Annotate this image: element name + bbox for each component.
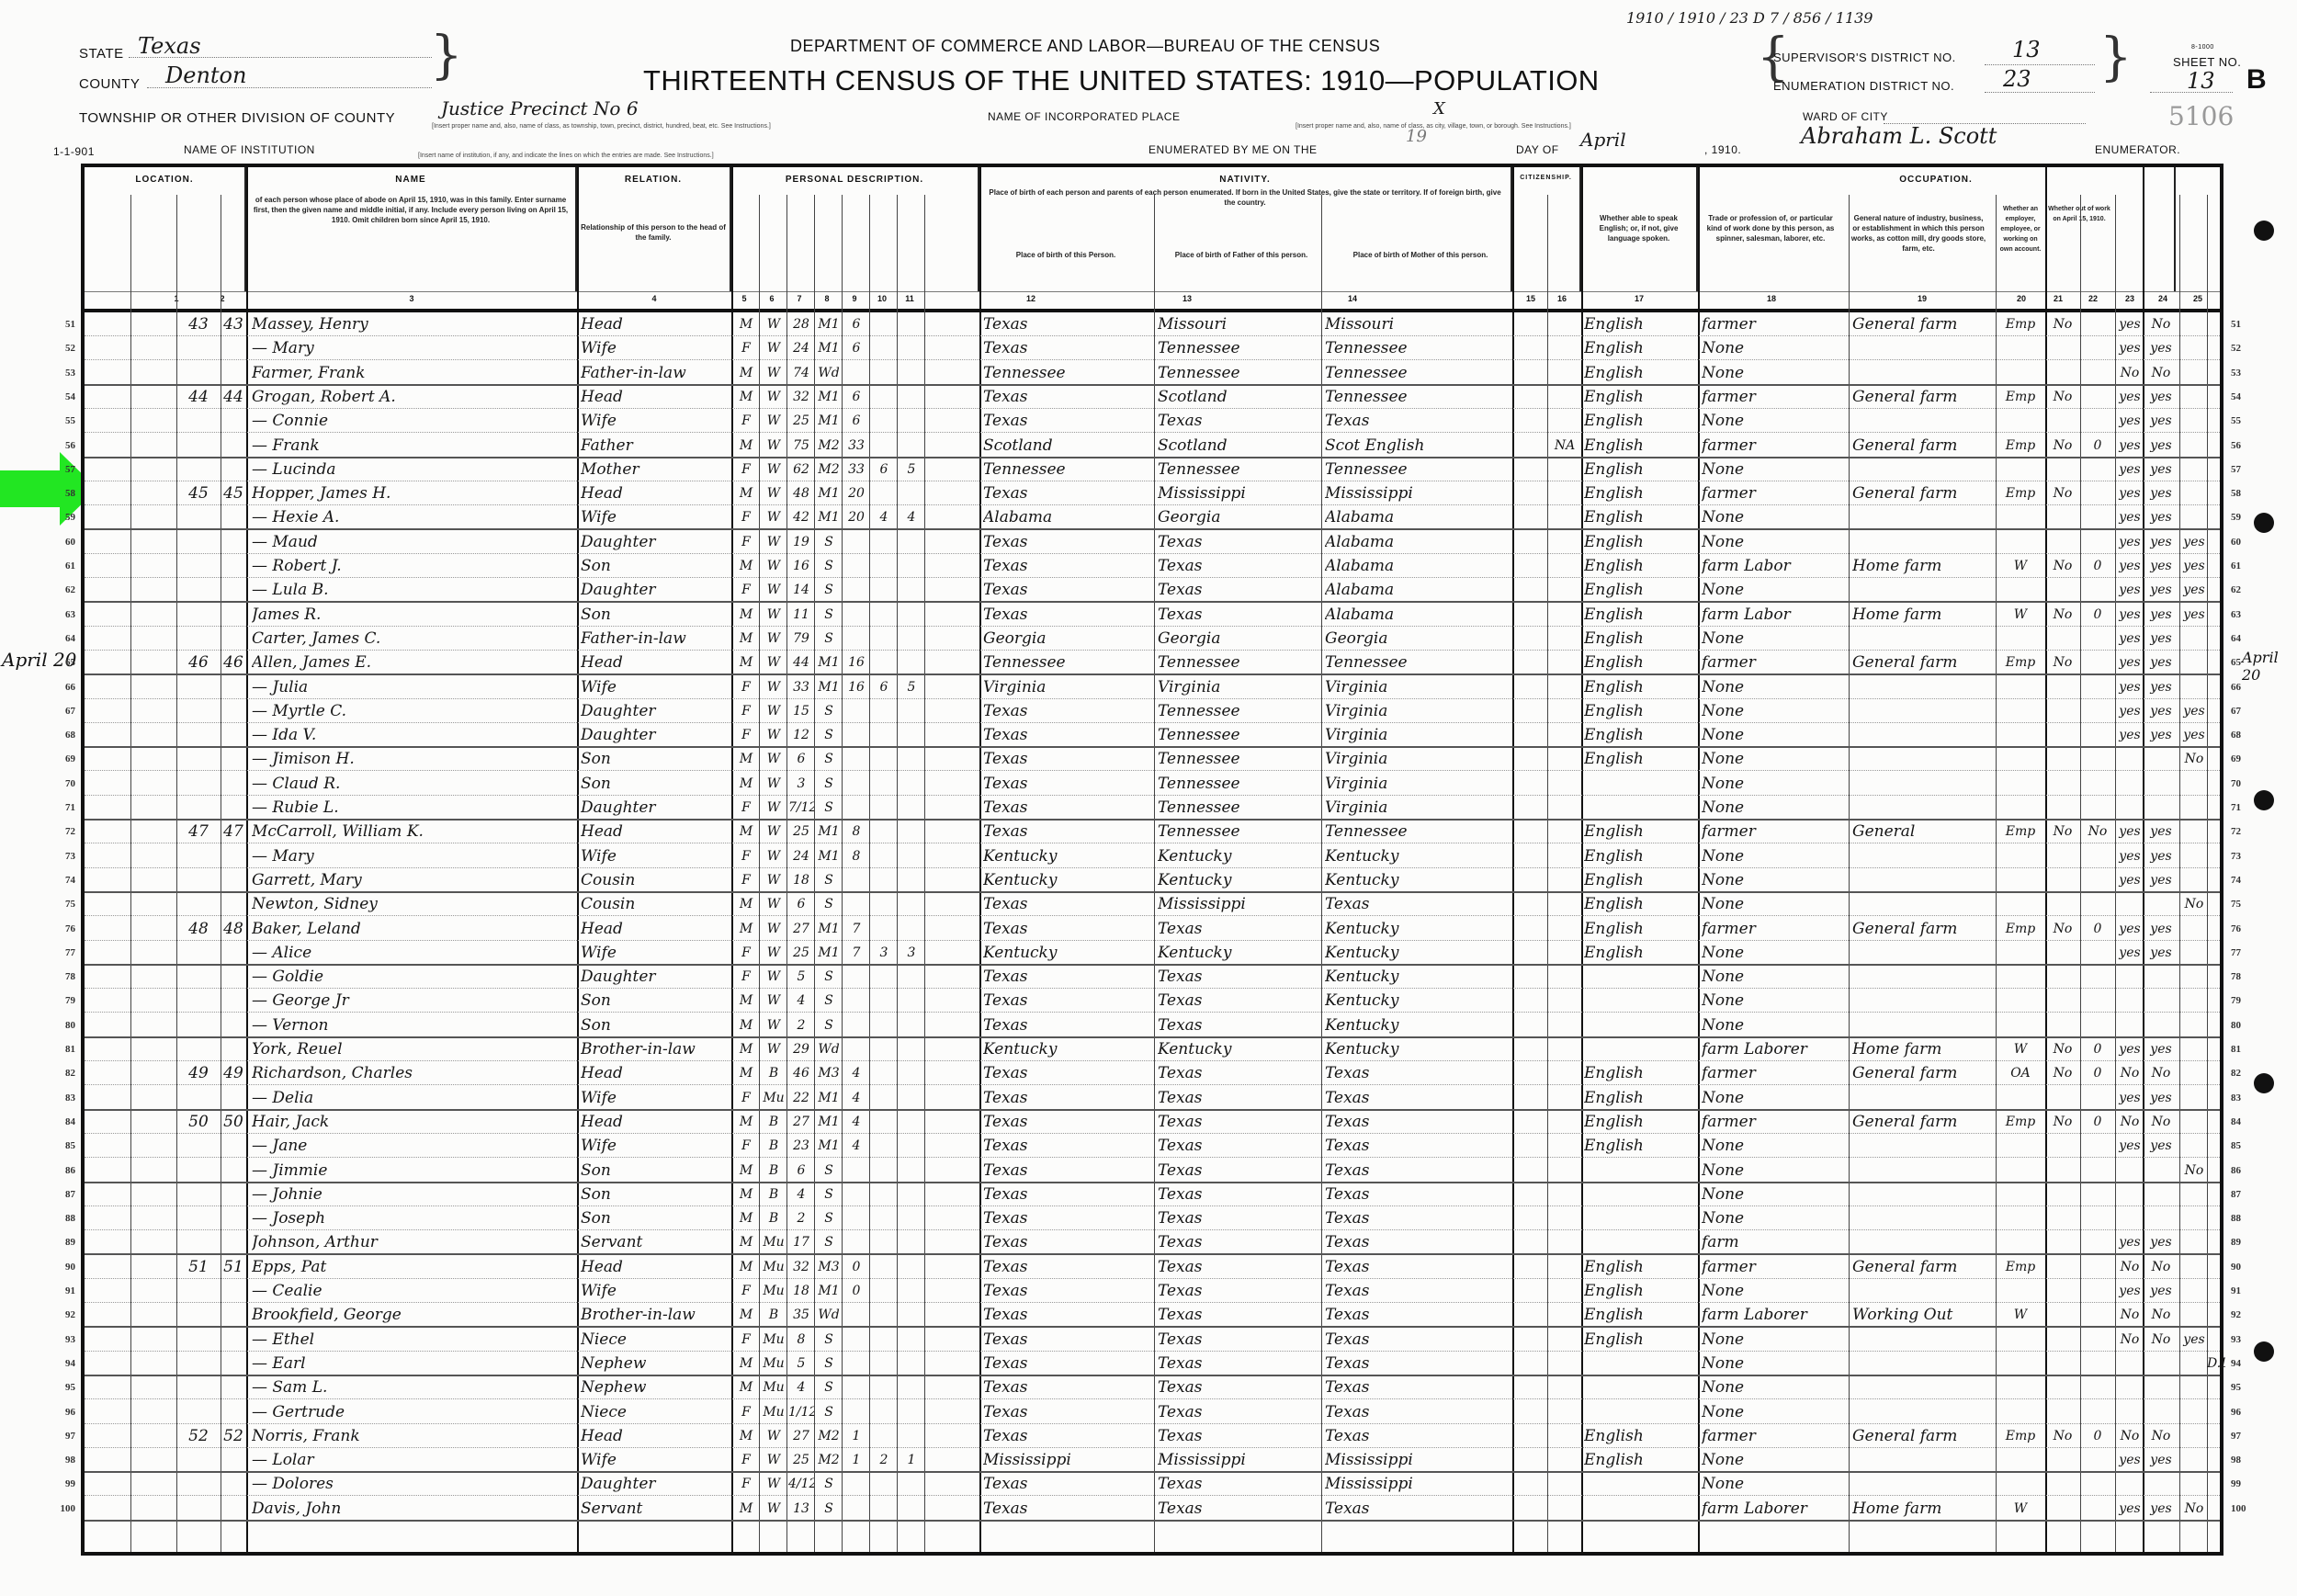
line-number: 61 — [48, 560, 75, 572]
cell-relation: Niece — [581, 1327, 728, 1351]
cell-age: 17 — [788, 1229, 814, 1253]
cell-school: No — [2181, 1158, 2207, 1182]
cell-class — [1997, 335, 2043, 359]
cell-school — [2181, 1423, 2207, 1447]
cell-name: Farmer, Frank — [252, 360, 573, 384]
cell-mother-birth: Georgia — [1325, 626, 1509, 650]
table-row: 4949Richardson, CharlesHeadMB46M34TexasT… — [85, 1060, 2220, 1085]
township-value: Justice Precinct No 6 — [441, 97, 639, 119]
line-number: 68 — [48, 730, 75, 741]
cell-age: 7/12 — [788, 795, 814, 819]
cell-marital: S — [816, 1158, 842, 1182]
cell-born — [871, 1351, 897, 1375]
cell-birth: Mississippi — [983, 1447, 1152, 1471]
cell-sex: M — [733, 1229, 759, 1253]
cell-born — [871, 819, 897, 843]
cell-read: yes — [2117, 602, 2143, 626]
cell-birth: Tennessee — [983, 650, 1152, 673]
cell-mother-birth: Texas — [1325, 1327, 1509, 1351]
cell-age: 18 — [788, 867, 814, 891]
cell-deaf — [2207, 1278, 2225, 1302]
cell-father-birth: Scotland — [1158, 384, 1319, 408]
cell-marital: M1 — [816, 819, 842, 843]
cell-read: No — [2117, 1302, 2143, 1326]
cell-school — [2181, 1036, 2207, 1060]
line-number: 99 — [2231, 1478, 2258, 1489]
cell-mother-birth: Virginia — [1325, 722, 1509, 746]
margin-note: 1910 / 1910 / 23 D 7 / 856 / 1139 — [1626, 9, 1873, 27]
cell-race: Mu — [761, 1375, 786, 1398]
cell-name: York, Reuel — [252, 1036, 573, 1060]
cell-years-married: 4 — [843, 1060, 869, 1084]
cell-deaf — [2207, 650, 2225, 673]
cell-race: W — [761, 311, 786, 335]
line-number: 66 — [48, 682, 75, 693]
cell-name: James R. — [252, 602, 573, 626]
cell-family — [221, 1182, 246, 1205]
cell-relation: Father-in-law — [581, 626, 728, 650]
cell-write: yes — [2144, 916, 2178, 940]
cell-language — [1584, 1351, 1696, 1375]
cell-family — [221, 1496, 246, 1520]
sheet-label: Sheet No. — [2173, 55, 2241, 69]
cell-occupation: None — [1702, 1133, 1847, 1157]
cell-school — [2181, 1205, 2207, 1229]
cell-race: B — [761, 1133, 786, 1157]
cell-born — [871, 311, 897, 335]
cell-years-married — [843, 577, 869, 601]
cell-write: yes — [2144, 457, 2178, 481]
cell-sex: F — [733, 1471, 759, 1495]
cell-marital: S — [816, 1182, 842, 1205]
line-number: 95 — [48, 1382, 75, 1393]
cell-living — [899, 1085, 924, 1109]
cell-father-birth: Texas — [1158, 1278, 1319, 1302]
cell-occupation: farmer — [1702, 650, 1847, 673]
cell-birth: Texas — [983, 1013, 1152, 1036]
cell-naturalized — [1549, 1158, 1580, 1182]
line-number: 55 — [48, 415, 75, 426]
cell-mother-birth: Texas — [1325, 1351, 1509, 1375]
cell-relation: Wife — [581, 1133, 728, 1157]
cell-industry — [1852, 1375, 1994, 1398]
cell-weeks — [2082, 311, 2113, 335]
cell-race: W — [761, 602, 786, 626]
ward-label: Ward of city — [1803, 110, 1888, 123]
cell-deaf — [2207, 626, 2225, 650]
cell-birth: Texas — [983, 1423, 1152, 1447]
cell-industry: Home farm — [1852, 553, 1994, 577]
cell-out-of-work: No — [2047, 433, 2078, 457]
cell-living — [899, 1327, 924, 1351]
cell-born — [871, 916, 897, 940]
cell-out-of-work — [2047, 1205, 2078, 1229]
cell-dwelling — [176, 988, 221, 1012]
cell-birth: Texas — [983, 481, 1152, 504]
cell-write: No — [2144, 1109, 2178, 1133]
cell-class — [1997, 771, 2043, 795]
cell-class — [1997, 940, 2043, 964]
cell-born — [871, 1375, 897, 1398]
cell-industry — [1852, 577, 1994, 601]
cell-relation: Son — [581, 553, 728, 577]
institution-prefix: 1-1-901 — [53, 145, 95, 158]
cell-occupation: None — [1702, 964, 1847, 988]
cell-race: W — [761, 1423, 786, 1447]
cell-relation: Brother-in-law — [581, 1036, 728, 1060]
cell-class: Emp — [1997, 819, 2043, 843]
cell-father-birth: Texas — [1158, 1133, 1319, 1157]
group-occupation: OCCUPATION. Trade or profession of, or p… — [1698, 167, 2176, 291]
cell-deaf — [2207, 1085, 2225, 1109]
cell-school: No — [2181, 1496, 2207, 1520]
cell-dwelling — [176, 1278, 221, 1302]
supervisor-label: Supervisor's District No. — [1773, 51, 1956, 64]
line-number: 90 — [2231, 1262, 2258, 1273]
cell-dwelling — [176, 891, 221, 915]
cell-out-of-work — [2047, 843, 2078, 867]
cell-mother-birth: Texas — [1325, 1229, 1509, 1253]
line-number: 72 — [48, 826, 75, 837]
cell-language: English — [1584, 1447, 1696, 1471]
cell-school — [2181, 1133, 2207, 1157]
cell-born — [871, 1060, 897, 1084]
cell-relation: Head — [581, 916, 728, 940]
cell-birth: Texas — [983, 916, 1152, 940]
cell-father-birth: Texas — [1158, 1205, 1319, 1229]
cell-industry — [1852, 1229, 1994, 1253]
cell-marital: M1 — [816, 940, 842, 964]
cell-years-married — [843, 746, 869, 770]
cell-sex: M — [733, 360, 759, 384]
cell-read: yes — [2117, 335, 2143, 359]
cell-born — [871, 1205, 897, 1229]
line-number: 94 — [48, 1358, 75, 1369]
cell-weeks — [2082, 1254, 2113, 1278]
line-number: 84 — [2231, 1116, 2258, 1127]
cell-race: B — [761, 1205, 786, 1229]
cell-class — [1997, 1229, 2043, 1253]
cell-write: yes — [2144, 504, 2178, 528]
cell-naturalized — [1549, 504, 1580, 528]
cell-dwelling — [176, 1036, 221, 1060]
line-number: 59 — [2231, 512, 2258, 523]
line-number: 88 — [2231, 1213, 2258, 1224]
cell-naturalized — [1549, 795, 1580, 819]
cell-born — [871, 408, 897, 432]
cell-weeks: 0 — [2082, 1060, 2113, 1084]
table-row: — Robert J.SonMW16STexasTexasAlabamaEngl… — [85, 553, 2220, 578]
cell-school — [2181, 1302, 2207, 1326]
cell-weeks — [2082, 1399, 2113, 1423]
cell-born — [871, 1133, 897, 1157]
cell-weeks — [2082, 504, 2113, 528]
cell-living — [899, 1375, 924, 1398]
cell-read: yes — [2117, 311, 2143, 335]
enumerated-month: April — [1580, 129, 1626, 151]
cell-years-married — [843, 795, 869, 819]
cell-weeks — [2082, 577, 2113, 601]
cell-father-birth: Texas — [1158, 408, 1319, 432]
cell-deaf — [2207, 988, 2225, 1012]
cell-read: No — [2117, 360, 2143, 384]
cell-language: English — [1584, 867, 1696, 891]
cell-class: W — [1997, 1496, 2043, 1520]
cell-born — [871, 795, 897, 819]
cell-weeks: 0 — [2082, 916, 2113, 940]
cell-industry — [1852, 988, 1994, 1012]
cell-age: 42 — [788, 504, 814, 528]
cell-write — [2144, 746, 2178, 770]
table-row: — DoloresDaughterFW4/12STexasTexasMissis… — [85, 1471, 2220, 1496]
cell-school — [2181, 1085, 2207, 1109]
cell-mother-birth: Texas — [1325, 1399, 1509, 1423]
line-number: 85 — [48, 1140, 75, 1151]
table-row: 4848Baker, LelandHeadMW27M17TexasTexasKe… — [85, 916, 2220, 941]
cell-naturalized — [1549, 1327, 1580, 1351]
cell-sex: M — [733, 916, 759, 940]
cell-name: — Sam L. — [252, 1375, 573, 1398]
cell-write: yes — [2144, 335, 2178, 359]
line-number: 58 — [2231, 488, 2258, 499]
cell-occupation: farmer — [1702, 311, 1847, 335]
cell-family — [221, 843, 246, 867]
cell-sex: M — [733, 626, 759, 650]
cell-age: 48 — [788, 481, 814, 504]
cell-race: W — [761, 698, 786, 722]
cell-occupation: None — [1702, 746, 1847, 770]
cell-marital: S — [816, 1375, 842, 1398]
cell-dwelling — [176, 433, 221, 457]
cell-born — [871, 1399, 897, 1423]
cell-marital: S — [816, 1013, 842, 1036]
cell-class — [1997, 988, 2043, 1012]
cell-race: W — [761, 577, 786, 601]
cell-industry: General farm — [1852, 311, 1994, 335]
cell-family — [221, 1471, 246, 1495]
cell-class — [1997, 1085, 2043, 1109]
cell-born — [871, 722, 897, 746]
line-number: 59 — [48, 512, 75, 523]
cell-mother-birth: Alabama — [1325, 529, 1509, 553]
cell-language: English — [1584, 360, 1696, 384]
cell-mother-birth: Kentucky — [1325, 1013, 1509, 1036]
cell-occupation: farmer — [1702, 1109, 1847, 1133]
cell-class: Emp — [1997, 1254, 2043, 1278]
cell-weeks — [2082, 867, 2113, 891]
cell-relation: Son — [581, 1205, 728, 1229]
cell-write: yes — [2144, 577, 2178, 601]
cell-write: yes — [2144, 433, 2178, 457]
cell-race: B — [761, 1182, 786, 1205]
cell-out-of-work — [2047, 1399, 2078, 1423]
table-row: — ConnieWifeFW25M16TexasTexasTexasEnglis… — [85, 408, 2220, 433]
cell-out-of-work: No — [2047, 1109, 2078, 1133]
cell-father-birth: Mississippi — [1158, 1447, 1319, 1471]
cell-race: B — [761, 1060, 786, 1084]
line-number: 65 — [48, 657, 75, 668]
line-number: 74 — [48, 875, 75, 886]
line-number: 73 — [48, 851, 75, 862]
cell-naturalized — [1549, 650, 1580, 673]
cell-deaf — [2207, 722, 2225, 746]
cell-relation: Wife — [581, 674, 728, 698]
cell-birth: Texas — [983, 1471, 1152, 1495]
line-number: 51 — [48, 319, 75, 330]
cell-race: W — [761, 504, 786, 528]
table-row: 4444Grogan, Robert A.HeadMW32M16TexasSco… — [85, 384, 2220, 409]
cell-deaf — [2207, 1109, 2225, 1133]
cell-weeks — [2082, 746, 2113, 770]
cell-class — [1997, 1327, 2043, 1351]
line-number: 97 — [2231, 1431, 2258, 1442]
cell-read — [2117, 891, 2143, 915]
cell-naturalized — [1549, 1302, 1580, 1326]
cell-marital: S — [816, 771, 842, 795]
cell-industry — [1852, 867, 1994, 891]
cell-class — [1997, 1447, 2043, 1471]
line-number: 100 — [2231, 1503, 2258, 1514]
cell-race: W — [761, 650, 786, 673]
cell-years-married: 33 — [843, 457, 869, 481]
cell-mother-birth: Texas — [1325, 891, 1509, 915]
line-number: 69 — [2231, 753, 2258, 764]
stamp-number: 5106 — [2168, 101, 2234, 131]
cell-name: Brookfield, George — [252, 1302, 573, 1326]
cell-father-birth: Texas — [1158, 916, 1319, 940]
cell-naturalized — [1549, 746, 1580, 770]
cell-school: yes — [2181, 577, 2207, 601]
line-number: 70 — [2231, 778, 2258, 789]
cell-read: yes — [2117, 722, 2143, 746]
cell-age: 23 — [788, 1133, 814, 1157]
table-row: — JosephSonMB2STexasTexasTexasNone — [85, 1205, 2220, 1230]
cell-write: No — [2144, 1302, 2178, 1326]
cell-class: Emp — [1997, 916, 2043, 940]
cell-write — [2144, 891, 2178, 915]
cell-years-married — [843, 360, 869, 384]
cell-mother-birth: Texas — [1325, 408, 1509, 432]
cell-race: W — [761, 457, 786, 481]
cell-sex: M — [733, 650, 759, 673]
group-personal-description: PERSONAL DESCRIPTION. — [731, 167, 979, 291]
cell-living — [899, 722, 924, 746]
cell-marital: M1 — [816, 1133, 842, 1157]
cell-class — [1997, 891, 2043, 915]
cell-industry — [1852, 1327, 1994, 1351]
census-sheet: LOCATION. NAME of each person whose plac… — [81, 164, 2223, 1556]
cell-sex: F — [733, 577, 759, 601]
cell-race: B — [761, 1109, 786, 1133]
cell-living — [899, 433, 924, 457]
township-label: Township or other division of county — [79, 110, 395, 126]
cell-write: yes — [2144, 674, 2178, 698]
cell-school: yes — [2181, 722, 2207, 746]
cell-occupation: farmer — [1702, 819, 1847, 843]
cell-family: 43 — [221, 311, 246, 335]
line-number: 87 — [48, 1189, 75, 1200]
cell-relation: Brother-in-law — [581, 1302, 728, 1326]
column-number-row: 1 2 3 4 5 6 7 8 9 10 11 12 13 14 15 16 1… — [85, 291, 2220, 312]
cell-age: 74 — [788, 360, 814, 384]
cell-read: yes — [2117, 867, 2143, 891]
cell-marital: M1 — [816, 916, 842, 940]
cell-family — [221, 1447, 246, 1471]
line-number: 79 — [2231, 995, 2258, 1006]
cell-family: 45 — [221, 481, 246, 504]
cell-dwelling — [176, 408, 221, 432]
cell-sex: F — [733, 1327, 759, 1351]
cell-name: — Jimmie — [252, 1158, 573, 1182]
cell-race: Mu — [761, 1399, 786, 1423]
cell-write: No — [2144, 1423, 2178, 1447]
cell-years-married: 4 — [843, 1133, 869, 1157]
cell-name: — Jimison H. — [252, 746, 573, 770]
cell-write: yes — [2144, 1278, 2178, 1302]
cell-school — [2181, 1229, 2207, 1253]
cell-marital: S — [816, 1351, 842, 1375]
cell-sex: M — [733, 1254, 759, 1278]
cell-dwelling — [176, 940, 221, 964]
cell-occupation: None — [1702, 408, 1847, 432]
cell-write: yes — [2144, 481, 2178, 504]
cell-dwelling — [176, 1133, 221, 1157]
cell-occupation: farmer — [1702, 433, 1847, 457]
cell-weeks — [2082, 771, 2113, 795]
cell-years-married — [843, 626, 869, 650]
cell-out-of-work: No — [2047, 819, 2078, 843]
cell-occupation: farm Laborer — [1702, 1302, 1847, 1326]
cell-mother-birth: Alabama — [1325, 602, 1509, 626]
cell-school — [2181, 916, 2207, 940]
cell-occupation: None — [1702, 626, 1847, 650]
table-row: — GertrudeNieceFMu1/12STexasTexasTexasNo… — [85, 1399, 2220, 1424]
cell-sex: M — [733, 771, 759, 795]
line-number: 57 — [48, 464, 75, 475]
cell-write — [2144, 1351, 2178, 1375]
cell-age: 35 — [788, 1302, 814, 1326]
cell-read: yes — [2117, 650, 2143, 673]
cell-age: 27 — [788, 916, 814, 940]
cell-read: yes — [2117, 940, 2143, 964]
cell-language — [1584, 964, 1696, 988]
cell-race: Mu — [761, 1351, 786, 1375]
cell-deaf — [2207, 940, 2225, 964]
cell-born — [871, 626, 897, 650]
cell-naturalized — [1549, 940, 1580, 964]
cell-years-married: 6 — [843, 384, 869, 408]
cell-school: yes — [2181, 1327, 2207, 1351]
cell-dwelling: 47 — [176, 819, 221, 843]
cell-language: English — [1584, 843, 1696, 867]
cell-dwelling — [176, 674, 221, 698]
cell-name: — Rubie L. — [252, 795, 573, 819]
cell-write: No — [2144, 1060, 2178, 1084]
cell-family — [221, 1399, 246, 1423]
cell-dwelling — [176, 843, 221, 867]
cell-race: W — [761, 843, 786, 867]
cell-family: 46 — [221, 650, 246, 673]
cell-language: English — [1584, 408, 1696, 432]
line-number: 60 — [2231, 537, 2258, 548]
cell-naturalized: NA — [1549, 433, 1580, 457]
cell-write: yes — [2144, 1229, 2178, 1253]
cell-weeks — [2082, 1471, 2113, 1495]
cell-years-married — [843, 1302, 869, 1326]
cell-race: W — [761, 1471, 786, 1495]
cell-marital: M1 — [816, 650, 842, 673]
cell-read — [2117, 1351, 2143, 1375]
